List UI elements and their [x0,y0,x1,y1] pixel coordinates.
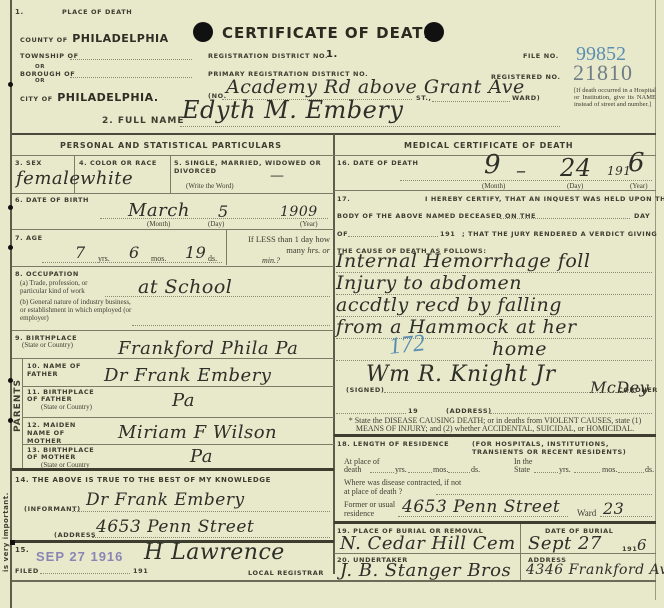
city-label: City of [20,95,53,103]
signed-label: (Signed) [346,386,384,394]
registered-no-value: 21810 [573,60,633,86]
margin-note: is very important. [2,492,10,572]
father-value: Dr Frank Embery [104,365,271,386]
filed-item-number: 15. [15,546,29,554]
age-years: 7 [75,243,86,262]
mother-birthplace-label: 13. Birthplace of Mother [27,447,97,461]
age-field [42,262,222,263]
county-row: County of PHILADELPHIA [20,29,169,47]
divider [12,468,334,471]
certify-191: 191 [440,230,455,238]
divider [520,524,521,580]
cause-line: from a Hammock at her [336,316,590,338]
borough-label: Borough of [20,70,75,78]
burial-year-prefix: 191 [622,545,637,553]
at-place-yrs-field [370,472,394,473]
residence-label: 18. Length of Residence [337,440,449,448]
local-registrar-label: LOCAL REGISTRAR [248,569,324,577]
city-value: PHILADELPHIA. [57,91,158,104]
hrs-label: hrs. or [307,245,330,255]
margin-hole-icon [10,540,15,545]
coroner-address-label: (Address) [446,407,492,415]
divider [22,444,334,445]
death-address-value: Academy Rd above Grant Ave [226,76,525,98]
mother-birthplace-value: Pa [190,446,213,467]
registration-district-value: 1. [326,49,338,60]
year-caption: (Year) [300,220,318,228]
day-caption: (Day) [208,220,224,228]
burial-date-value: Sept 27 [528,533,602,554]
coroner-signature: Wm R. Knight Jr [366,362,556,387]
death-certificate: 1. PLACE OF DEATH County of PHILADELPHIA… [0,0,664,608]
cause-line: home [336,338,590,360]
residence-hint: (For Hospitals, Institutions, Transients… [472,440,656,456]
death-year-suffix: 6 [628,148,645,178]
min-label: min.? [262,256,280,265]
day-caption: (Day) [567,182,583,190]
city-row: City of PHILADELPHIA. [20,88,159,106]
inquest-month-field [348,236,438,237]
cause-rule [336,338,652,339]
former-residence-field [398,516,568,517]
margin-hole-icon [8,378,13,383]
cause-rule [336,294,652,295]
father-birthplace-label: 11. Birthplace of Father [27,389,97,403]
cause-footnote: * State the DISEASE CAUSING DEATH; or in… [336,417,654,433]
divider [12,193,334,194]
marital-value: — [270,168,285,184]
cause-rule [336,272,652,273]
contracted-field [436,494,652,495]
at-place-mos-field [408,472,432,473]
death-day: 24 [560,154,592,182]
divider [170,155,171,193]
undertaker-address-value: 4346 Frankford Ave [526,562,664,578]
ds-label: ds. [645,465,654,474]
mother-value: Miriam F Wilson [118,422,277,443]
punch-hole-left-icon [193,22,213,42]
occupation-a-label: (a) Trade, profession, or particular kin… [20,279,116,295]
dob-field [100,218,328,219]
personal-section-title: PERSONAL AND STATISTICAL PARTICULARS [60,141,282,150]
divider [12,330,334,331]
father-birthplace-value: Pa [172,390,195,411]
margin-hole-icon [8,245,13,250]
year-caption: (Year) [630,182,648,190]
death-date-field [400,180,652,181]
divider [12,229,334,230]
father-birthplace-hint: (State or Country) [41,403,92,411]
date-dash: – [516,158,527,182]
filed-label: Filed [15,567,39,575]
sign-date-field [336,413,406,414]
ward-label: Ward) [512,94,540,102]
sex-label: 3. Sex [15,159,42,167]
or-label: or [35,78,45,84]
borough-field [70,77,192,78]
undertaker-value: J. B. Stanger Bros [340,560,511,581]
ds-label: ds. [471,465,480,474]
county-value: PHILADELPHIA [72,32,168,45]
date-of-death-label: 16. Date of Death [337,159,419,167]
certify-of: of [337,230,348,238]
cause-line: accdtly recd by falling [336,294,590,316]
certificate-title: CERTIFICATE OF DEATH [222,24,437,42]
registration-district-label: Registration District No. [208,52,328,60]
at-place-ds-field [448,472,470,473]
full-name-value: Edyth M. Embery [182,96,403,124]
in-state-mos-field [574,472,600,473]
marital-label: 5. Single, Married, Widowed or Divorced [174,159,332,175]
divider [226,229,227,265]
age-days: 19 [185,243,206,262]
registered-no-label: Registered No. [491,73,561,81]
dob-label: 6. Date of Birth [15,196,89,204]
divider [334,434,656,437]
month-caption: (Month) [147,220,170,228]
inquest-day-field [500,218,630,219]
center-divider [333,134,335,574]
blue-annotation-number: 172 [388,330,427,361]
margin-hole-icon [8,82,13,87]
informant-address-value: 4653 Penn Street [96,517,254,537]
informant-field [72,511,330,512]
cause-rule [336,360,652,361]
former-residence-value: 4653 Penn Street [402,497,560,517]
signed-field [384,392,634,393]
birthplace-hint: (State or Country) [22,341,73,349]
divider [12,155,334,156]
color-label: 4. Color or Race [79,159,157,167]
coroner-label: Coroner [618,386,658,394]
divider [12,580,656,582]
filed-field [40,573,130,574]
in-state-yrs-field [534,472,558,473]
filed-year-prefix: 191 [133,567,148,575]
divider [334,521,656,524]
coroner-address-field [490,413,652,414]
informant-value: Dr Frank Embery [86,490,245,510]
certify-day: day [634,212,650,220]
age-label: 7. Age [15,234,43,242]
punch-hole-right-icon [424,22,444,42]
left-margin-rule [10,0,12,608]
sign-year-prefix: 19 [408,407,418,415]
color-value: white [80,168,133,189]
margin-hole-icon [8,205,13,210]
true-statement: 14. THE ABOVE IS TRUE TO THE BEST OF MY … [15,476,271,484]
yrs-label: yrs. [395,465,407,474]
certify-line-3: ; that the jury rendered a verdict givin… [462,230,657,238]
occupation-label: 8. Occupation [15,270,79,278]
age-months: 6 [129,243,140,262]
divider [12,266,334,267]
place-of-death-label: PLACE OF DEATH [62,8,132,16]
cause-rule [336,316,652,317]
birthplace-value: Frankford Phila Pa [118,338,298,359]
father-label: 10. Name of Father [27,362,97,378]
cause-of-death-list: Internal Hemorrhage foll Injury to abdom… [336,250,590,360]
hospital-note: [If death occurred in a Hospital or Inst… [574,87,656,108]
occupation-field [105,296,330,297]
full-name-label: 2. FULL NAME [102,116,184,126]
medical-section-title: MEDICAL CERTIFICATE OF DEATH [404,141,573,150]
mos-label: mos. [602,465,617,474]
cause-line: Internal Hemorrhage foll [336,250,590,272]
month-caption: (Month) [482,182,505,190]
item-number-1: 1. [15,8,24,16]
divider [334,190,656,191]
occupation-b-label: (b) General nature of industry business,… [20,298,132,322]
mos-label: mos. [433,465,448,474]
occupation-value: at School [138,276,232,298]
ward-field [600,516,652,517]
employer-field [132,325,330,326]
in-state-ds-field [618,472,644,473]
sex-value: female [16,168,81,189]
ward-field [432,101,510,102]
divider [22,417,334,418]
cause-line: Injury to abdomen [336,272,590,294]
informant-address-field [92,537,330,538]
informant-address-label: (Address [54,531,96,539]
township-field [70,59,192,60]
death-month: 9 [484,150,501,180]
filed-date-stamp: SEP 27 1916 [36,549,123,564]
file-no-label: File No. [523,52,559,60]
st-label: St., [416,94,431,102]
certify-text: I HEREBY CERTIFY, That an Inquest was he… [425,195,664,203]
divider [22,386,334,387]
certify-item-number: 17. [337,195,350,203]
burial-year-suffix: 6 [637,536,647,554]
ward-label: Ward [577,508,596,518]
divider [334,553,656,554]
full-name-field [180,126,560,127]
yrs-label: yrs. [559,465,571,474]
divider [12,358,334,359]
burial-place-value: N. Cedar Hill Cem [340,533,516,554]
margin-hole-icon [8,418,13,423]
mother-label: 12. Maiden Name of Mother [27,421,97,445]
county-label: County of [20,36,68,44]
less-than-day-note: If LESS than 1 day how many hrs. or [232,234,330,256]
marital-hint: (Write the Word) [186,182,234,190]
registrar-signature: H Lawrence [144,540,285,565]
